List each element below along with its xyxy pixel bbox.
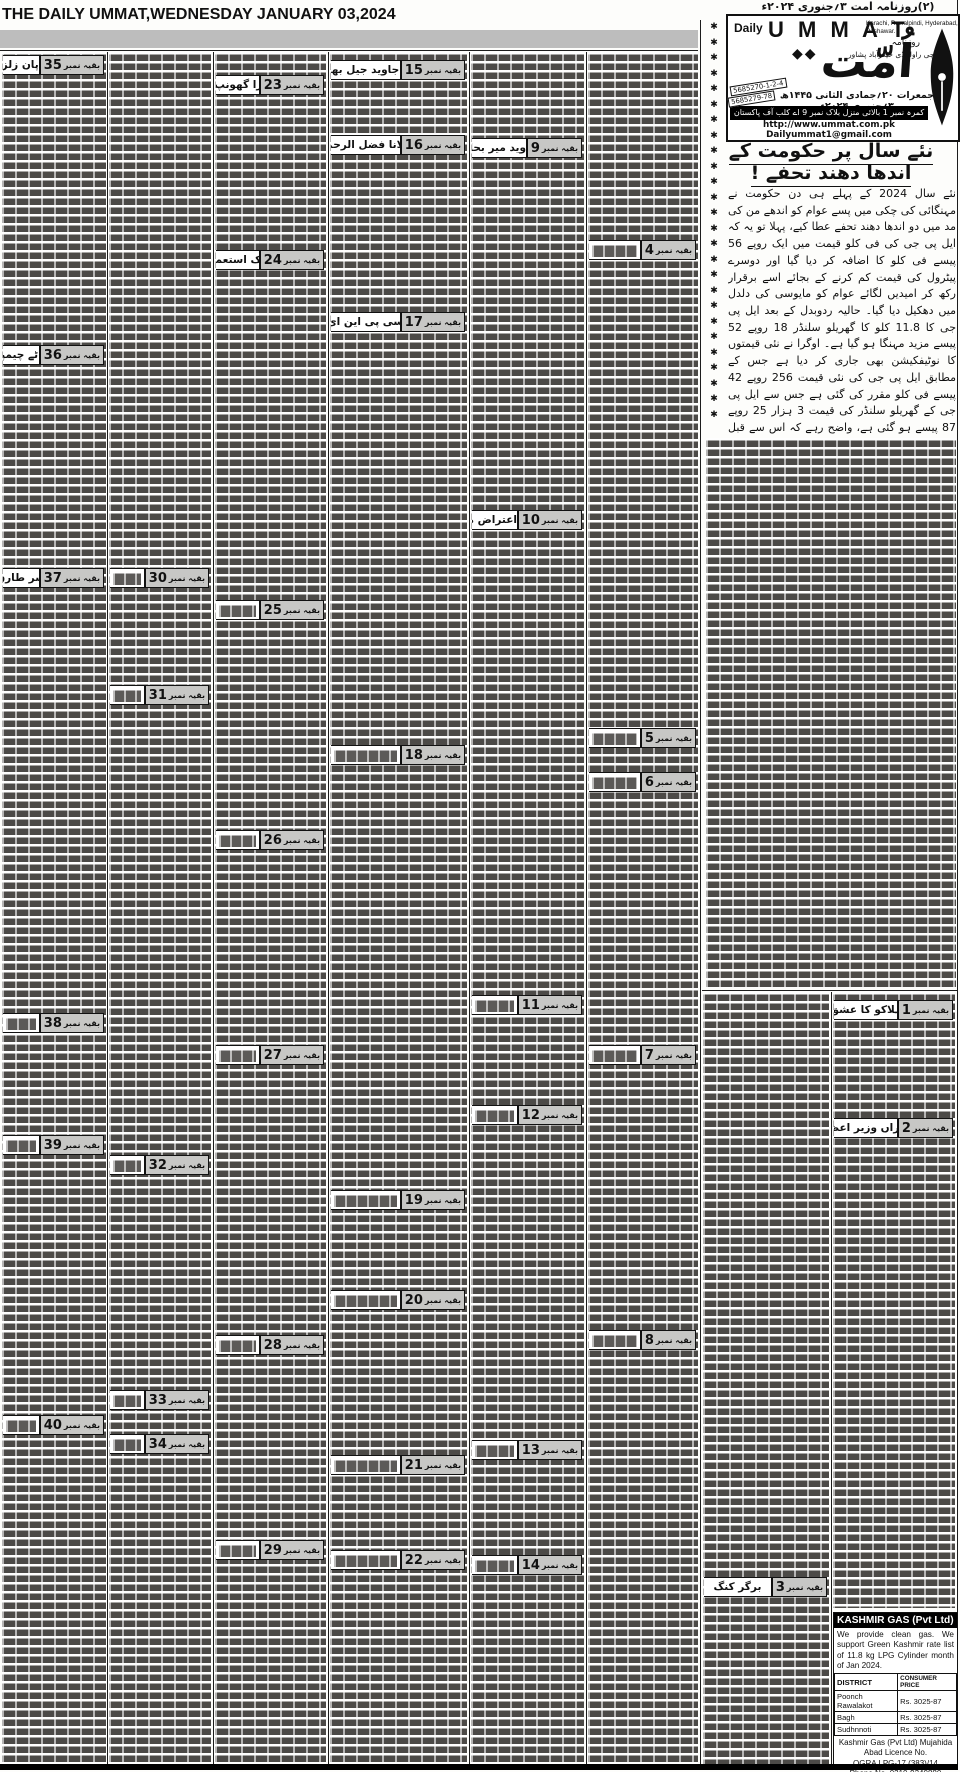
continuation-number-box: بقیہ نمبر7	[641, 1045, 696, 1065]
continuation-header: بقیہ نمبر22	[331, 1550, 465, 1570]
continuation-number-box: بقیہ نمبر13	[518, 1440, 582, 1460]
continuation-label: بقیہ نمبر	[542, 1561, 578, 1570]
continuation-label: بقیہ نمبر	[425, 1196, 461, 1205]
continuation-header: بقیہ نمبر24نمک استعمال	[216, 250, 324, 270]
continuation-header: بقیہ نمبر13	[472, 1440, 582, 1460]
continuation-number: 40	[44, 1418, 62, 1433]
masthead: Daily U M M A T Karachi, Rawalpindi, Hyd…	[726, 14, 960, 142]
continuation-title: سی پی این ای	[331, 312, 401, 332]
page-number-date: (۲)روزنامہ امت ۳؍جنوری ۲۰۲۴ء	[740, 0, 956, 13]
star-ornament-divider: ✱ ✱ ✱ ✱ ✱ ✱ ✱ ✱ ✱ ✱ ✱ ✱ ✱ ✱ ✱ ✱ ✱ ✱ ✱ ✱ …	[706, 20, 722, 423]
continuation-label: بقیہ نمبر	[425, 1556, 461, 1565]
continuation-label: بقیہ نمبر	[913, 1006, 949, 1015]
continuation-label: بقیہ نمبر	[542, 1446, 578, 1455]
continuation-header: بقیہ نمبر21	[331, 1455, 465, 1475]
continuation-label: بقیہ نمبر	[284, 606, 320, 615]
column-body-text	[471, 52, 584, 1764]
continuation-title	[3, 1013, 40, 1033]
masthead-url: http://www.ummat.com.pk	[730, 120, 928, 130]
continuation-title-text	[6, 1419, 36, 1432]
continuation-header: بقیہ نمبر8	[589, 1330, 696, 1350]
continuation-number-box: بقیہ نمبر6	[641, 772, 696, 792]
column-body-text	[833, 992, 955, 1608]
continuation-header: بقیہ نمبر27	[216, 1045, 324, 1065]
gas-table-cell: Rs. 3025-87	[898, 1691, 957, 1712]
continuation-header: بقیہ نمبر38	[3, 1013, 104, 1033]
continuation-number-box: بقیہ نمبر16	[401, 135, 465, 155]
gas-table-cell: Rs. 3025-87	[898, 1712, 957, 1724]
continuation-title-text	[475, 999, 514, 1012]
continuation-title	[110, 1390, 145, 1410]
continuation-number: 9	[531, 141, 540, 156]
masthead-daily-label: Daily	[734, 21, 763, 35]
continuation-number: 32	[149, 1158, 167, 1173]
continuation-title	[589, 728, 641, 748]
continuation-number: 34	[149, 1437, 167, 1452]
gas-table-row: Poonch RawalakotRs. 3025-87	[835, 1691, 957, 1712]
kashmir-gas-ad: KASHMIR GAS (Pvt Ltd) We provide clean g…	[833, 1612, 958, 1766]
column-divider	[586, 52, 587, 1764]
continuation-title-text	[113, 1438, 141, 1451]
continuation-title	[110, 1434, 145, 1454]
continuation-number-box: بقیہ نمبر33	[145, 1390, 209, 1410]
continuation-number: 21	[405, 1458, 423, 1473]
continuation-title-text	[334, 1194, 397, 1207]
continuation-number: 7	[645, 1048, 654, 1063]
continuation-number-box: بقیہ نمبر8	[641, 1330, 696, 1350]
continuation-number: 15	[405, 63, 423, 78]
column-body-text	[109, 52, 211, 1764]
gas-table-cell: Rs. 3025-87	[898, 1724, 957, 1736]
continuation-title: بلاول اعتراض مسترد	[472, 510, 518, 530]
continuation-label: بقیہ نمبر	[64, 1141, 100, 1150]
continuation-header: بقیہ نمبر28	[216, 1335, 324, 1355]
continuation-label: بقیہ نمبر	[64, 61, 100, 70]
continuation-title-text	[475, 1109, 514, 1122]
continuation-title-text	[334, 1459, 397, 1472]
continuation-title-text	[334, 1294, 397, 1307]
continuation-title-text	[6, 1017, 36, 1030]
continuation-label: بقیہ نمبر	[169, 1396, 205, 1405]
gas-table-row: BaghRs. 3025-87	[835, 1712, 957, 1724]
continuation-number-box: بقیہ نمبر30	[145, 568, 209, 588]
continuation-number: 13	[522, 1443, 540, 1458]
continuation-title	[472, 1440, 518, 1460]
page-edge-rule	[957, 0, 958, 1764]
continuation-label: بقیہ نمبر	[913, 1124, 949, 1133]
gas-ad-title: KASHMIR GAS (Pvt Ltd)	[834, 1613, 957, 1628]
continuation-label: بقیہ نمبر	[425, 141, 461, 150]
continuation-number-box: بقیہ نمبر37	[40, 568, 104, 588]
continuation-number: 28	[264, 1338, 282, 1353]
continuation-number-box: بقیہ نمبر35	[40, 55, 104, 75]
continuation-header: بقیہ نمبر32	[110, 1155, 209, 1175]
continuation-title	[216, 1540, 260, 1560]
pen-nib-icon	[929, 21, 955, 133]
continuation-title: چھرا گھونپ دیا	[216, 75, 260, 95]
continuation-label: بقیہ نمبر	[284, 1546, 320, 1555]
gas-ad-body: We provide clean gas. We support Green K…	[834, 1628, 957, 1673]
continuation-header: بقیہ نمبر29	[216, 1540, 324, 1560]
header-gray-bar	[0, 30, 698, 48]
continuation-number: 17	[405, 315, 423, 330]
continuation-number-box: بقیہ نمبر25	[260, 600, 324, 620]
continuation-title-text	[592, 732, 637, 745]
continuation-title	[589, 772, 641, 792]
column-divider	[469, 52, 470, 1764]
lead-article-continued-text	[706, 438, 956, 988]
continuation-label: بقیہ نمبر	[542, 144, 578, 153]
continuation-title	[216, 600, 260, 620]
continuation-header: بقیہ نمبر17سی پی این ای	[331, 312, 465, 332]
continuation-number: 1	[902, 1003, 911, 1018]
continuation-label: بقیہ نمبر	[787, 1583, 823, 1592]
continuation-title: مولانا فضل الرحمان	[331, 135, 401, 155]
continuation-label: بقیہ نمبر	[284, 1341, 320, 1350]
newspaper-page: THE DAILY UMMAT,WEDNESDAY JANUARY 03,202…	[0, 0, 960, 1772]
continuation-title-text	[334, 1554, 397, 1567]
continuation-header: بقیہ نمبر18	[331, 745, 465, 765]
continuation-title-text	[113, 689, 141, 702]
continuation-title	[110, 685, 145, 705]
continuation-label: بقیہ نمبر	[169, 574, 205, 583]
continuation-header: بقیہ نمبر9جاوید میر بحال	[472, 138, 582, 158]
continuation-title	[331, 1190, 401, 1210]
continuation-header: بقیہ نمبر11	[472, 995, 582, 1015]
continuation-label: بقیہ نمبر	[169, 691, 205, 700]
continuation-header: بقیہ نمبر14	[472, 1555, 582, 1575]
continuation-label: بقیہ نمبر	[656, 246, 692, 255]
continuation-number-box: بقیہ نمبر17	[401, 312, 465, 332]
continuation-header: بقیہ نمبر1ہلاکو کا عشق	[834, 1000, 953, 1020]
continuation-label: بقیہ نمبر	[64, 351, 100, 360]
continuation-header: بقیہ نمبر34	[110, 1434, 209, 1454]
continuation-header: بقیہ نمبر37پروفیسر طارق رفیع	[3, 568, 104, 588]
continuation-number: 22	[405, 1553, 423, 1568]
continuation-number-box: بقیہ نمبر26	[260, 830, 324, 850]
continuation-title	[589, 240, 641, 260]
continuation-number: 27	[264, 1048, 282, 1063]
continuation-label: بقیہ نمبر	[169, 1161, 205, 1170]
continuation-title-text	[592, 776, 637, 789]
continuation-title	[216, 1045, 260, 1065]
continuation-number: 24	[264, 253, 282, 268]
continuation-title-text	[334, 749, 397, 762]
continuation-number-box: بقیہ نمبر9	[527, 138, 582, 158]
continuation-label: بقیہ نمبر	[542, 1111, 578, 1120]
column-divider	[213, 52, 214, 1764]
continuation-number-box: بقیہ نمبر29	[260, 1540, 324, 1560]
continuation-label: بقیہ نمبر	[284, 836, 320, 845]
article-end-rule	[702, 990, 957, 991]
continuation-title-text	[592, 1334, 637, 1347]
continuation-title	[110, 1155, 145, 1175]
continuation-number-box: بقیہ نمبر36	[40, 345, 104, 365]
continuation-number-box: بقیہ نمبر32	[145, 1155, 209, 1175]
column-divider	[328, 52, 329, 1764]
gas-footer-line: Abad Licence No.	[834, 1748, 957, 1758]
continuation-title-text	[113, 572, 141, 585]
column-divider	[107, 52, 108, 1764]
continuation-title	[216, 1335, 260, 1355]
lead-article-text: نئے سال 2024 کے پہلے ہی دن حکومت نے مہنگ…	[728, 186, 956, 434]
continuation-number-box: بقیہ نمبر34	[145, 1434, 209, 1454]
continuation-title: جاپان زلزلہ	[3, 55, 40, 75]
continuation-title	[472, 1555, 518, 1575]
header-rule	[0, 50, 698, 51]
continuation-label: بقیہ نمبر	[425, 751, 461, 760]
continuation-header: بقیہ نمبر19	[331, 1190, 465, 1210]
continuation-label: بقیہ نمبر	[656, 778, 692, 787]
continuation-number: 12	[522, 1108, 540, 1123]
continuation-number-box: بقیہ نمبر31	[145, 685, 209, 705]
masthead-dots-ornament: ◆◆	[792, 46, 818, 62]
column-body-text	[703, 992, 829, 1764]
continuation-header: بقیہ نمبر10بلاول اعتراض مسترد	[472, 510, 582, 530]
continuation-title	[331, 1550, 401, 1570]
masthead-web-contacts: http://www.ummat.com.pk Dailyummat1@gmai…	[730, 120, 928, 140]
continuation-header: بقیہ نمبر7	[589, 1045, 696, 1065]
continuation-number-box: بقیہ نمبر39	[40, 1135, 104, 1155]
continuation-label: بقیہ نمبر	[425, 66, 461, 75]
continuation-title	[216, 830, 260, 850]
continuation-label: بقیہ نمبر	[284, 1051, 320, 1060]
gas-table-header-district: DISTRICT	[835, 1674, 898, 1691]
continuation-number: 29	[264, 1543, 282, 1558]
continuation-number: 2	[902, 1121, 911, 1136]
continuation-number-box: بقیہ نمبر19	[401, 1190, 465, 1210]
continuation-header: بقیہ نمبر40	[3, 1415, 104, 1435]
continuation-number: 38	[44, 1016, 62, 1031]
continuation-label: بقیہ نمبر	[284, 256, 320, 265]
continuation-title-text	[592, 244, 637, 257]
continuation-number-box: بقیہ نمبر22	[401, 1550, 465, 1570]
continuation-number: 36	[44, 348, 62, 363]
gas-footer-line: Kashmir Gas (Pvt Ltd) Mujahida	[834, 1738, 957, 1748]
continuation-number-box: بقیہ نمبر10	[518, 510, 582, 530]
continuation-label: بقیہ نمبر	[656, 734, 692, 743]
continuation-label: بقیہ نمبر	[64, 1019, 100, 1028]
continuation-number: 25	[264, 603, 282, 618]
continuation-number: 10	[522, 513, 540, 528]
continuation-label: بقیہ نمبر	[284, 81, 320, 90]
continuation-title	[589, 1045, 641, 1065]
continuation-title: برگر کنگ	[704, 1577, 772, 1597]
gas-table-cell: Sudhnnoti	[835, 1724, 898, 1736]
continuation-header: بقیہ نمبر26	[216, 830, 324, 850]
continuation-number-box: بقیہ نمبر1	[898, 1000, 953, 1020]
continuation-number: 16	[405, 138, 423, 153]
continuation-title-text	[113, 1394, 141, 1407]
continuation-number: 33	[149, 1393, 167, 1408]
continuation-number: 8	[645, 1333, 654, 1348]
continuation-title-text	[475, 1559, 514, 1572]
continuation-header: بقیہ نمبر3برگر کنگ	[704, 1577, 827, 1597]
continuation-header: بقیہ نمبر20	[331, 1290, 465, 1310]
continuation-label: بقیہ نمبر	[425, 318, 461, 327]
continuation-title	[3, 1415, 40, 1435]
continuation-label: بقیہ نمبر	[542, 516, 578, 525]
continuation-header: بقیہ نمبر23چھرا گھونپ دیا	[216, 75, 324, 95]
continuation-number-box: بقیہ نمبر27	[260, 1045, 324, 1065]
continuation-header: بقیہ نمبر15ملزم جاوید جیل بھیج دیا	[331, 60, 465, 80]
gas-rate-table: DISTRICT CONSUMER PRICE Poonch Rawalakot…	[834, 1673, 957, 1736]
continuation-number: 23	[264, 78, 282, 93]
continuation-number: 39	[44, 1138, 62, 1153]
continuation-title-text	[592, 1049, 637, 1062]
continuation-header: بقیہ نمبر30	[110, 568, 209, 588]
column-body-text	[215, 52, 326, 1764]
continuation-label: بقیہ نمبر	[425, 1461, 461, 1470]
column-body-text	[2, 52, 106, 1764]
subcolumn-divider	[831, 992, 832, 1764]
continuation-number: 37	[44, 571, 62, 586]
continuation-title: پروفیسر طارق رفیع	[3, 568, 40, 588]
continuation-number-box: بقیہ نمبر12	[518, 1105, 582, 1125]
page-title: THE DAILY UMMAT,WEDNESDAY JANUARY 03,202…	[2, 6, 396, 24]
continuation-number-box: بقیہ نمبر18	[401, 745, 465, 765]
continuation-number-box: بقیہ نمبر11	[518, 995, 582, 1015]
continuation-title	[331, 1290, 401, 1310]
continuation-label: بقیہ نمبر	[542, 1001, 578, 1010]
masthead-content: Daily U M M A T Karachi, Rawalpindi, Hyd…	[728, 16, 958, 140]
continuation-number-box: بقیہ نمبر28	[260, 1335, 324, 1355]
masthead-address-bar: کمرہ نمبر 1 بالائی منزل بلاک نمبر 9 اے ک…	[730, 106, 928, 120]
continuation-header: بقیہ نمبر12	[472, 1105, 582, 1125]
continuation-header: بقیہ نمبر33	[110, 1390, 209, 1410]
continuation-label: بقیہ نمبر	[169, 1440, 205, 1449]
gas-table-cell: Poonch Rawalakot	[835, 1691, 898, 1712]
continuation-number-box: بقیہ نمبر21	[401, 1455, 465, 1475]
continuation-header: بقیہ نمبر2نگراں وزیر اعظم	[834, 1118, 953, 1138]
column-divider	[700, 20, 701, 1764]
continuation-number: 31	[149, 688, 167, 703]
masthead-name-ur-calligraphy: اُمّت	[819, 38, 915, 84]
continuation-number: 20	[405, 1293, 423, 1308]
continuation-header: بقیہ نمبر4	[589, 240, 696, 260]
continuation-number-box: بقیہ نمبر40	[40, 1415, 104, 1435]
masthead-email: Dailyummat1@gmail.com	[730, 130, 928, 140]
continuation-title-text	[6, 1139, 36, 1152]
continuation-title: کراٹے چیمپئن	[3, 345, 40, 365]
continuation-title	[110, 568, 145, 588]
continuation-title: نگراں وزیر اعظم	[834, 1118, 898, 1138]
continuation-header: بقیہ نمبر5	[589, 728, 696, 748]
continuation-title-text	[219, 1049, 256, 1062]
continuation-title-text	[219, 604, 256, 617]
continuation-header: بقیہ نمبر39	[3, 1135, 104, 1155]
continuation-title	[589, 1330, 641, 1350]
continuation-number-box: بقیہ نمبر20	[401, 1290, 465, 1310]
continuation-label: بقیہ نمبر	[64, 1421, 100, 1430]
continuation-title	[331, 745, 401, 765]
continuation-title: نمک استعمال	[216, 250, 260, 270]
continuation-title-text	[219, 834, 256, 847]
continuation-number-box: بقیہ نمبر24	[260, 250, 324, 270]
continuation-number: 6	[645, 775, 654, 790]
continuation-header: بقیہ نمبر35جاپان زلزلہ	[3, 55, 104, 75]
continuation-title: جاوید میر بحال	[472, 138, 527, 158]
column-body-text	[588, 52, 698, 1764]
continuation-number-box: بقیہ نمبر4	[641, 240, 696, 260]
continuation-title-text	[113, 1159, 141, 1172]
continuation-label: بقیہ نمبر	[656, 1051, 692, 1060]
continuation-number-box: بقیہ نمبر3	[772, 1577, 827, 1597]
gas-table-row: SudhnnotiRs. 3025-87	[835, 1724, 957, 1736]
continuation-title	[472, 995, 518, 1015]
bottom-black-bar	[0, 1764, 958, 1770]
continuation-number: 3	[776, 1580, 785, 1595]
continuation-number: 26	[264, 833, 282, 848]
continuation-title-text	[475, 1444, 514, 1457]
continuation-label: بقیہ نمبر	[656, 1336, 692, 1345]
continuation-title	[3, 1135, 40, 1155]
continuation-number: 11	[522, 998, 540, 1013]
continuation-number-box: بقیہ نمبر23	[260, 75, 324, 95]
continuation-title-text	[219, 1339, 256, 1352]
continuation-header: بقیہ نمبر6	[589, 772, 696, 792]
column-body-text	[330, 52, 467, 1764]
continuation-number: 19	[405, 1193, 423, 1208]
continuation-title: ملزم جاوید جیل بھیج دیا	[331, 60, 401, 80]
continuation-number: 14	[522, 1558, 540, 1573]
lead-headline: نئے سال پر حکومت کے اندھا دھند تحفے !	[706, 140, 956, 184]
continuation-title-text	[219, 1544, 256, 1557]
continuation-title: ہلاکو کا عشق	[834, 1000, 898, 1020]
continuation-title	[331, 1455, 401, 1475]
continuation-label: بقیہ نمبر	[425, 1296, 461, 1305]
continuation-number-box: بقیہ نمبر5	[641, 728, 696, 748]
continuation-number-box: بقیہ نمبر14	[518, 1555, 582, 1575]
continuation-header: بقیہ نمبر36کراٹے چیمپئن	[3, 345, 104, 365]
continuation-number-box: بقیہ نمبر2	[898, 1118, 953, 1138]
continuation-number-box: بقیہ نمبر15	[401, 60, 465, 80]
continuation-header: بقیہ نمبر31	[110, 685, 209, 705]
continuation-header: بقیہ نمبر25	[216, 600, 324, 620]
continuation-number: 4	[645, 243, 654, 258]
continuation-title	[472, 1105, 518, 1125]
continuation-number-box: بقیہ نمبر38	[40, 1013, 104, 1033]
continuation-label: بقیہ نمبر	[64, 574, 100, 583]
continuation-header: بقیہ نمبر16مولانا فضل الرحمان	[331, 135, 465, 155]
gas-table-cell: Bagh	[835, 1712, 898, 1724]
gas-table-header-price: CONSUMER PRICE	[898, 1674, 957, 1691]
continuation-number: 35	[44, 58, 62, 73]
continuation-number: 5	[645, 731, 654, 746]
continuation-number: 18	[405, 748, 423, 763]
continuation-number: 30	[149, 571, 167, 586]
